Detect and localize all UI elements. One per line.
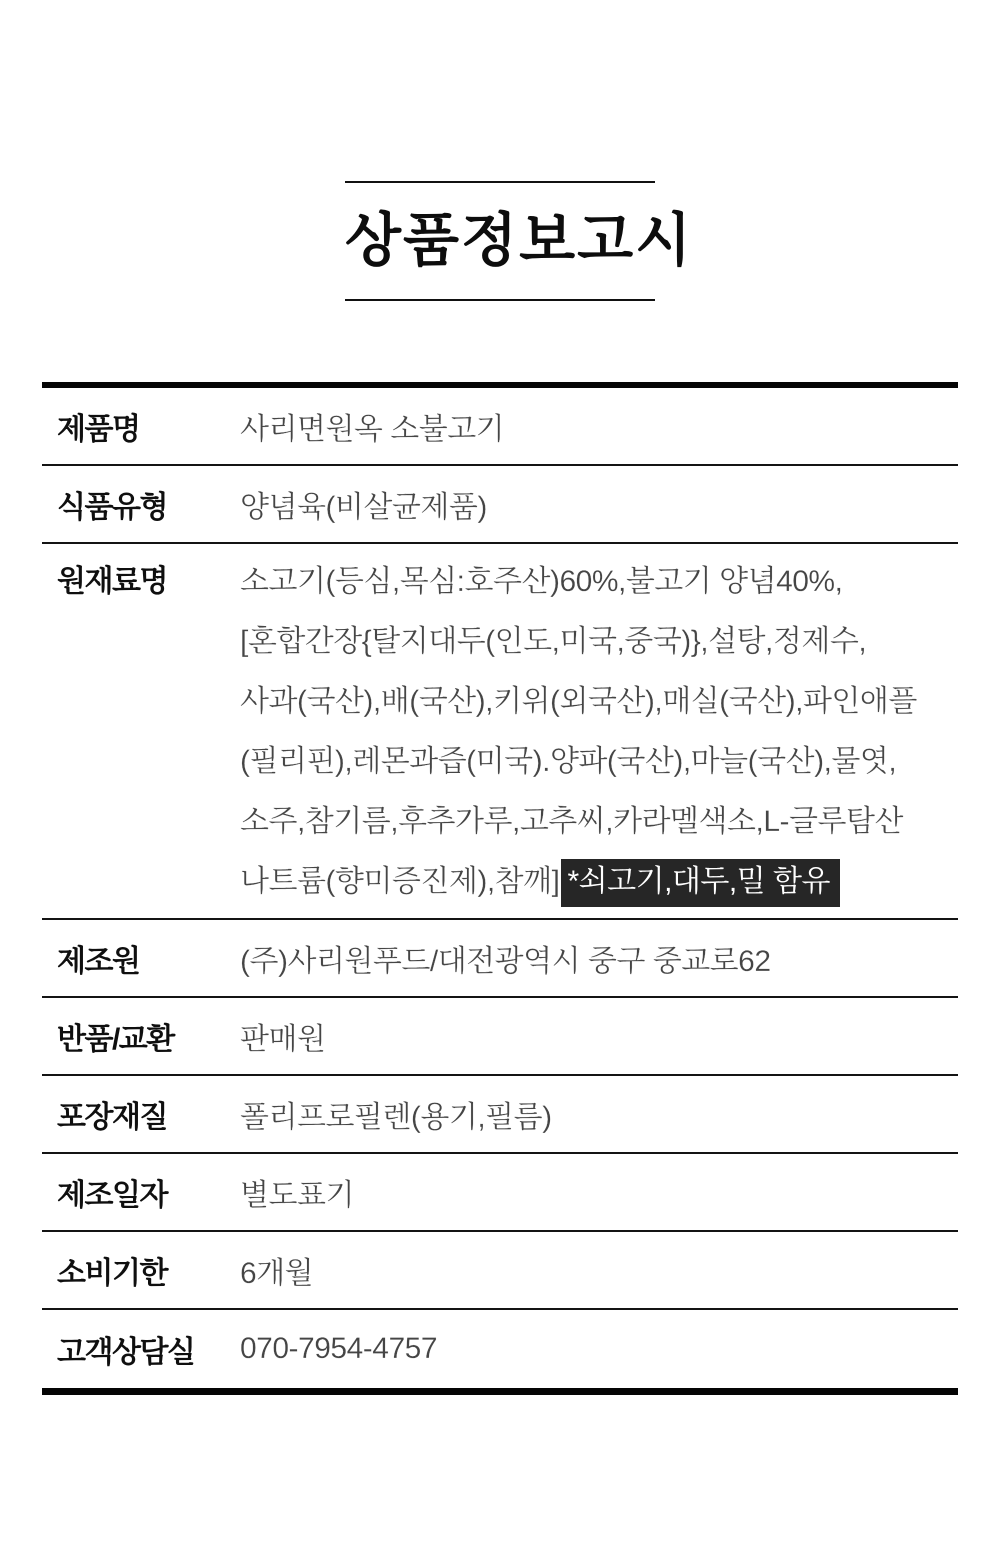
ingredients-line: 사과(국산),배(국산),키위(외국산),매실(국산),파인애플 bbox=[240, 672, 958, 732]
table-row-shelf-life: 소비기한 6개월 bbox=[42, 1232, 958, 1310]
table-row-customer-service: 고객상담실 070-7954-4757 bbox=[42, 1310, 958, 1388]
table-row-manufacture-date: 제조일자 별도표기 bbox=[42, 1154, 958, 1232]
row-label: 제품명 bbox=[42, 404, 240, 448]
row-value: 양념육(비살균제품) bbox=[240, 482, 958, 526]
row-label: 원재료명 bbox=[42, 552, 240, 612]
row-label: 제조원 bbox=[42, 936, 240, 980]
table-row-ingredients: 원재료명 소고기(등심,목심:호주산)60%,불고기 양념40%, [혼합간장{… bbox=[42, 544, 958, 920]
row-value: 폴리프로필렌(용기,필름) bbox=[240, 1092, 958, 1136]
ingredients-last-line: 나트륨(향미증진제),참깨]*쇠고기,대두,밀 함유 bbox=[240, 852, 958, 912]
ingredients-line: 소주,참기름,후추가루,고추씨,카라멜색소,L-글루탐산 bbox=[240, 792, 958, 852]
ingredients-line-text: 나트륨(향미증진제),참깨] bbox=[240, 865, 559, 898]
row-label: 포장재질 bbox=[42, 1092, 240, 1136]
ingredients-line: 소고기(등심,목심:호주산)60%,불고기 양념40%, bbox=[240, 552, 958, 612]
row-value: 별도표기 bbox=[240, 1170, 958, 1214]
row-label: 식품유형 bbox=[42, 482, 240, 526]
table-row-manufacturer: 제조원 (주)사리원푸드/대전광역시 중구 중교로62 bbox=[42, 920, 958, 998]
table-row-return-exchange: 반품/교환 판매원 bbox=[42, 998, 958, 1076]
ingredients-line: [혼합간장{탈지대두(인도,미국,중국)},설탕,정제수, bbox=[240, 612, 958, 672]
row-label: 반품/교환 bbox=[42, 1014, 240, 1058]
table-row-product-name: 제품명 사리면원옥 소불고기 bbox=[42, 388, 958, 466]
title-bottom-rule bbox=[345, 299, 655, 301]
row-label: 제조일자 bbox=[42, 1170, 240, 1214]
row-value: 사리면원옥 소불고기 bbox=[240, 404, 958, 448]
row-label: 고객상담실 bbox=[42, 1327, 240, 1371]
table-row-food-type: 식품유형 양념육(비살균제품) bbox=[42, 466, 958, 544]
page-title: 상품정보고시 bbox=[345, 183, 655, 299]
table-row-packaging-material: 포장재질 폴리프로필렌(용기,필름) bbox=[42, 1076, 958, 1154]
row-value: 판매원 bbox=[240, 1014, 958, 1058]
ingredients-value: 소고기(등심,목심:호주산)60%,불고기 양념40%, [혼합간장{탈지대두(… bbox=[240, 552, 958, 912]
row-label: 소비기한 bbox=[42, 1248, 240, 1292]
row-value: (주)사리원푸드/대전광역시 중구 중교로62 bbox=[240, 936, 958, 980]
ingredients-line: (필리핀),레몬과즙(미국).양파(국산),마늘(국산),물엿, bbox=[240, 732, 958, 792]
title-block: 상품정보고시 bbox=[345, 0, 655, 301]
row-value: 070-7954-4757 bbox=[240, 1332, 958, 1366]
allergen-highlight-badge: *쇠고기,대두,밀 함유 bbox=[561, 859, 840, 907]
product-info-table: 제품명 사리면원옥 소불고기 식품유형 양념육(비살균제품) 원재료명 소고기(… bbox=[42, 382, 958, 1395]
row-value: 6개월 bbox=[240, 1248, 958, 1292]
